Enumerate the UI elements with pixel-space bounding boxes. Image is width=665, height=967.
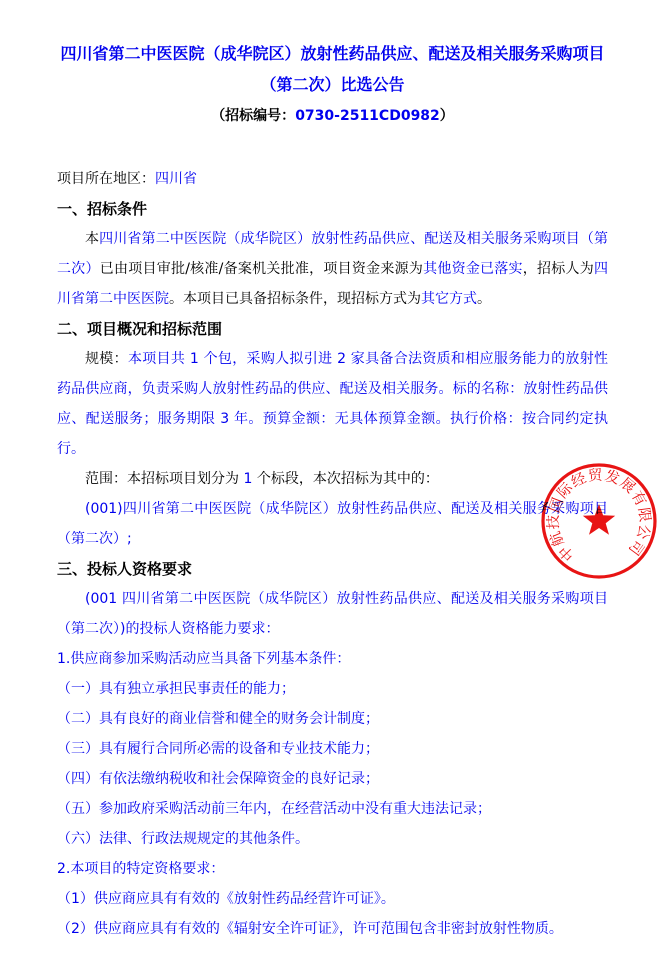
- text-segment: （2）供应商应具有有效的《辐射安全许可证》，许可范围包含非密封放射性物质。: [57, 921, 563, 937]
- tender-number-line: （招标编号：0730-2511CD0982）: [57, 100, 608, 132]
- text-segment: 。: [477, 291, 491, 307]
- text-segment: 本: [85, 231, 99, 247]
- lot-001-line: (001)四川省第二中医医院（成华院区）放射性药品供应、配送及相关服务采购项目（…: [57, 494, 608, 554]
- basic-condition-4: （四）有依法缴纳税收和社会保障资金的良好记录；: [57, 764, 608, 794]
- text-segment: ）: [440, 108, 454, 124]
- text-segment: 个标段，本次招标为其中的：: [252, 471, 438, 487]
- text-segment: 1.供应商参加采购活动应当具备下列基本条件：: [57, 651, 350, 667]
- page-title: 四川省第二中医医院（成华院区）放射性药品供应、配送及相关服务采购项目（第二次）比…: [57, 38, 608, 100]
- basic-condition-1: （一）具有独立承担民事责任的能力；: [57, 674, 608, 704]
- scope-paragraph: 范围：本招标项目划分为 1 个标段，本次招标为其中的：: [57, 464, 608, 494]
- text-segment: （招标编号：: [211, 108, 295, 124]
- text-segment: 2.本项目的特定资格要求：: [57, 861, 224, 877]
- section-heading-project-overview: 二、项目概况和招标范围: [57, 314, 608, 344]
- scale-paragraph: 规模：本项目共 1 个包，采购人拟引进 2 家具备合法资质和相应服务能力的放射性…: [57, 344, 608, 464]
- text-segment: 四川省: [155, 171, 197, 187]
- basic-condition-3: （三）具有履行合同所必需的设备和专业技术能力；: [57, 734, 608, 764]
- text-segment: 已由项目审批/核准/备案机关批准，项目资金来源为: [100, 261, 423, 277]
- text-segment: ，招标人为: [523, 261, 594, 277]
- basic-conditions-title: 1.供应商参加采购活动应当具备下列基本条件：: [57, 644, 608, 674]
- text-segment: 本项目共 1 个包，采购人拟引进 2 家具备合法资质和相应服务能力的放射性药品供…: [57, 351, 608, 457]
- qualification-intro-paragraph: (001 四川省第二中医医院（成华院区）放射性药品供应、配送及相关服务采购项目（…: [57, 584, 608, 644]
- bid-announcement-document: 四川省第二中医医院（成华院区）放射性药品供应、配送及相关服务采购项目（第二次）比…: [0, 0, 665, 967]
- text-segment: 范围：本招标项目划分为: [85, 471, 243, 487]
- basic-condition-6: （六）法律、行政法规规定的其他条件。: [57, 824, 608, 854]
- specific-requirement-1: （1）供应商应具有有效的《放射性药品经营许可证》。: [57, 884, 608, 914]
- section-heading-bidder-qualifications: 三、投标人资格要求: [57, 554, 608, 584]
- text-segment: 其它方式: [421, 291, 477, 307]
- text-segment: (001 四川省第二中医医院（成华院区）放射性药品供应、配送及相关服务采购项目（…: [57, 591, 608, 637]
- text-segment: （一）具有独立承担民事责任的能力；: [57, 681, 295, 697]
- project-region-line: 项目所在地区：四川省: [57, 164, 608, 194]
- specific-requirement-2: （2）供应商应具有有效的《辐射安全许可证》，许可范围包含非密封放射性物质。: [57, 914, 608, 944]
- text-segment: 其他资金已落实: [423, 261, 523, 277]
- text-segment: (001)四川省第二中医医院（成华院区）放射性药品供应、配送及相关服务采购项目（…: [57, 501, 608, 547]
- text-segment: 。本项目已具备招标条件，现招标方式为: [169, 291, 421, 307]
- text-segment: （三）具有履行合同所必需的设备和专业技术能力；: [57, 741, 379, 757]
- basic-condition-5: （五）参加政府采购活动前三年内，在经营活动中没有重大违法记录；: [57, 794, 608, 824]
- bid-conditions-paragraph: 本四川省第二中医医院（成华院区）放射性药品供应、配送及相关服务采购项目（第二次）…: [57, 224, 608, 314]
- basic-condition-2: （二）具有良好的商业信誉和健全的财务会计制度；: [57, 704, 608, 734]
- text-segment: （1）供应商应具有有效的《放射性药品经营许可证》。: [57, 891, 395, 907]
- text-segment: 项目所在地区：: [57, 171, 155, 187]
- section-heading-bid-conditions: 一、招标条件: [57, 194, 608, 224]
- text-segment: （二）具有良好的商业信誉和健全的财务会计制度；: [57, 711, 379, 727]
- text-segment: 0730-2511CD0982: [295, 108, 440, 124]
- text-segment: （五）参加政府采购活动前三年内，在经营活动中没有重大违法记录；: [57, 801, 491, 817]
- specific-requirements-title: 2.本项目的特定资格要求：: [57, 854, 608, 884]
- text-segment: （四）有依法缴纳税收和社会保障资金的良好记录；: [57, 771, 379, 787]
- text-segment: （六）法律、行政法规规定的其他条件。: [57, 831, 309, 847]
- text-segment: 规模：: [85, 351, 128, 367]
